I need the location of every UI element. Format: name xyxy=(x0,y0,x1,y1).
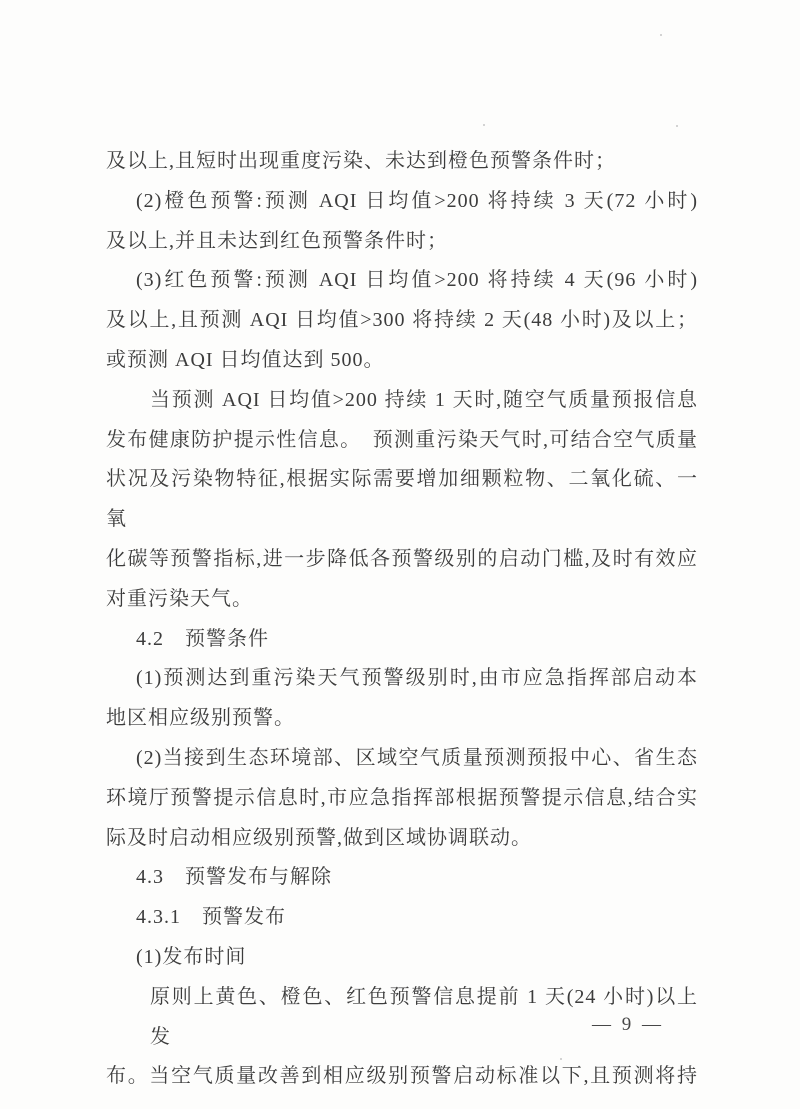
text-line: (1)发布时间 xyxy=(106,938,698,978)
text-line: 对重污染天气。 xyxy=(106,580,698,620)
text-line: 4.3 预警发布与解除 xyxy=(106,858,698,898)
text-line: (2)当接到生态环境部、区域空气质量预测预报中心、省生态 xyxy=(106,739,698,779)
text-line: (3)红色预警:预测 AQI 日均值>200 将持续 4 天(96 小时) xyxy=(106,261,698,301)
text-line: 发布健康防护提示性信息。 预测重污染天气时,可结合空气质量 xyxy=(106,421,698,461)
text-line: 布。当空气质量改善到相应级别预警启动标准以下,且预测将持 xyxy=(106,1057,698,1097)
text-line: 或预测 AQI 日均值达到 500。 xyxy=(106,341,698,381)
scan-speck xyxy=(560,1058,562,1060)
document-text-block: 及以上,且短时出现重度污染、未达到橙色预警条件时；(2)橙色预警:预测 AQI … xyxy=(106,142,698,1097)
text-line: 及以上,并且未达到红色预警条件时； xyxy=(106,222,698,262)
text-line: (2)橙色预警:预测 AQI 日均值>200 将持续 3 天(72 小时) xyxy=(106,182,698,222)
text-line: 4.2 预警条件 xyxy=(106,620,698,660)
text-line: 状况及污染物特征,根据实际需要增加细颗粒物、二氧化硫、一氧 xyxy=(106,460,698,540)
text-line: 环境厅预警提示信息时,市应急指挥部根据预警提示信息,结合实 xyxy=(106,779,698,819)
scan-speck xyxy=(483,124,485,126)
page-number: — 9 — xyxy=(568,1012,688,1038)
text-line: 及以上,且预测 AQI 日均值>300 将持续 2 天(48 小时)及以上； xyxy=(106,301,698,341)
document-page: 及以上,且短时出现重度污染、未达到橙色预警条件时；(2)橙色预警:预测 AQI … xyxy=(0,0,800,1109)
text-line: 及以上,且短时出现重度污染、未达到橙色预警条件时； xyxy=(106,142,698,182)
scan-speck xyxy=(676,125,678,127)
text-line: 化碳等预警指标,进一步降低各预警级别的启动门槛,及时有效应 xyxy=(106,540,698,580)
scan-speck xyxy=(660,34,662,36)
text-line: 际及时启动相应级别预警,做到区域协调联动。 xyxy=(106,819,698,859)
text-line: 当预测 AQI 日均值>200 持续 1 天时,随空气质量预报信息 xyxy=(106,381,698,421)
text-line: 4.3.1 预警发布 xyxy=(106,898,698,938)
text-line: 地区相应级别预警。 xyxy=(106,699,698,739)
text-line: (1)预测达到重污染天气预警级别时,由市应急指挥部启动本 xyxy=(106,659,698,699)
